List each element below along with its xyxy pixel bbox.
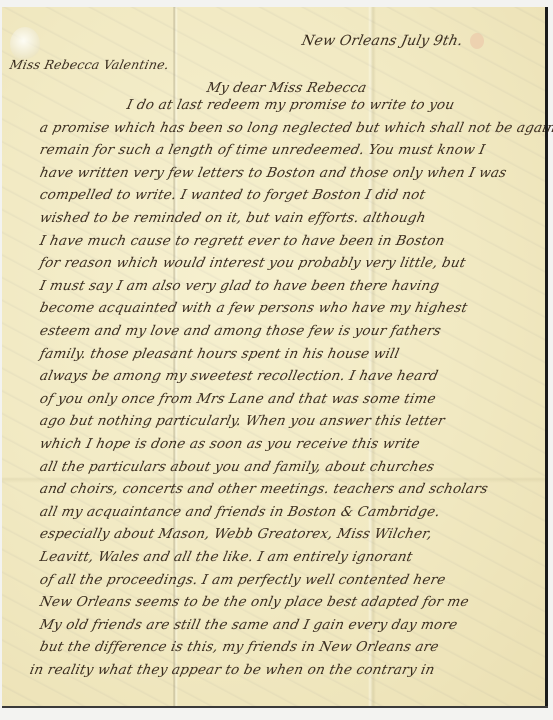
letter-line: ago but nothing particularly. When you a…: [38, 413, 446, 429]
letter-line: especially about Mason, Webb Greatorex, …: [38, 526, 433, 542]
letter-line: which I hope is done as soon as you rece…: [38, 436, 421, 452]
dateline: New Orleans July 9th.: [300, 33, 464, 49]
letter-line: My old friends are still the same and I …: [38, 617, 459, 633]
letter-line: in reality what they appear to be when o…: [28, 662, 436, 678]
addressee: Miss Rebecca Valentine.: [8, 57, 170, 72]
letter-line: family. those pleasant hours spent in hi…: [38, 346, 400, 362]
letter-line: of you only once from Mrs Lane and that …: [38, 391, 437, 407]
letter-line: esteem and my love and among those few i…: [38, 323, 442, 339]
scan-edge-right: [545, 7, 548, 707]
letter-line: a promise which has been so long neglect…: [38, 120, 553, 136]
scan-edge-bottom: [2, 706, 548, 708]
letter-line: I have much cause to regrett ever to hav…: [38, 233, 446, 249]
letter-line: compelled to write. I wanted to forget B…: [38, 187, 427, 203]
letter-line: Leavitt, Wales and all the like. I am en…: [38, 549, 414, 565]
paper-stain: [470, 33, 484, 49]
embossed-seal: [10, 27, 40, 61]
letter-line: for reason which would interest you prob…: [38, 255, 467, 271]
letter-line: have written very few letters to Boston …: [38, 165, 508, 181]
letter-line: New Orleans seems to be the only place b…: [38, 594, 470, 610]
letter-line: remain for such a length of time unredee…: [38, 142, 486, 158]
letter-line: of all the proceedings. I am perfectly w…: [38, 572, 447, 588]
salutation: My dear Miss Rebecca: [205, 80, 368, 96]
letter-line: all the particulars about you and family…: [38, 459, 436, 475]
letter-line: all my acquaintance and friends in Bosto…: [38, 504, 441, 520]
letter-line: become acquainted with a few persons who…: [38, 300, 469, 316]
letter-line: I must say I am also very glad to have b…: [38, 278, 441, 294]
letter-line: but the difference is this, my friends i…: [38, 639, 440, 655]
letter-line: wished to be reminded on it, but vain ef…: [38, 210, 427, 226]
letter-paper: New Orleans July 9th. Miss Rebecca Valen…: [2, 7, 545, 706]
letter-line: and choirs, concerts and other meetings.…: [38, 481, 489, 497]
letter-line: I do at last redeem my promise to write …: [125, 97, 456, 113]
letter-line: always be among my sweetest recollection…: [38, 368, 439, 384]
